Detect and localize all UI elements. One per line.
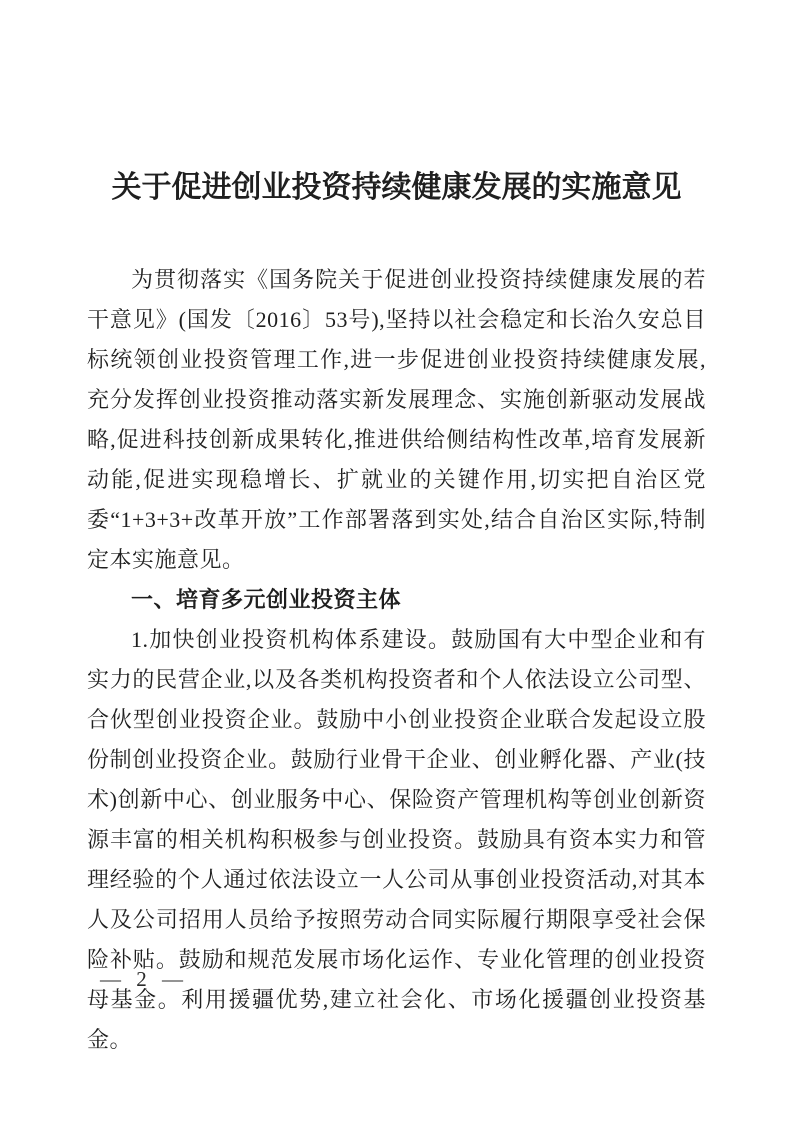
document-page: 关于促进创业投资持续健康发展的实施意见 为贯彻落实《国务院关于促进创业投资持续健…: [0, 0, 793, 1122]
document-body: 为贯彻落实《国务院关于促进创业投资持续健康发展的若干意见》(国发〔2016〕53…: [0, 260, 793, 1060]
page-number: — 2 —: [100, 964, 183, 994]
section-heading-1: 一、培育多元创业投资主体: [87, 580, 706, 620]
paragraph-item-1: 1.加快创业投资机构体系建设。鼓励国有大中型企业和有实力的民营企业,以及各类机构…: [87, 620, 706, 1060]
document-title: 关于促进创业投资持续健康发展的实施意见: [0, 0, 793, 209]
paragraph-intro: 为贯彻落实《国务院关于促进创业投资持续健康发展的若干意见》(国发〔2016〕53…: [87, 260, 706, 580]
